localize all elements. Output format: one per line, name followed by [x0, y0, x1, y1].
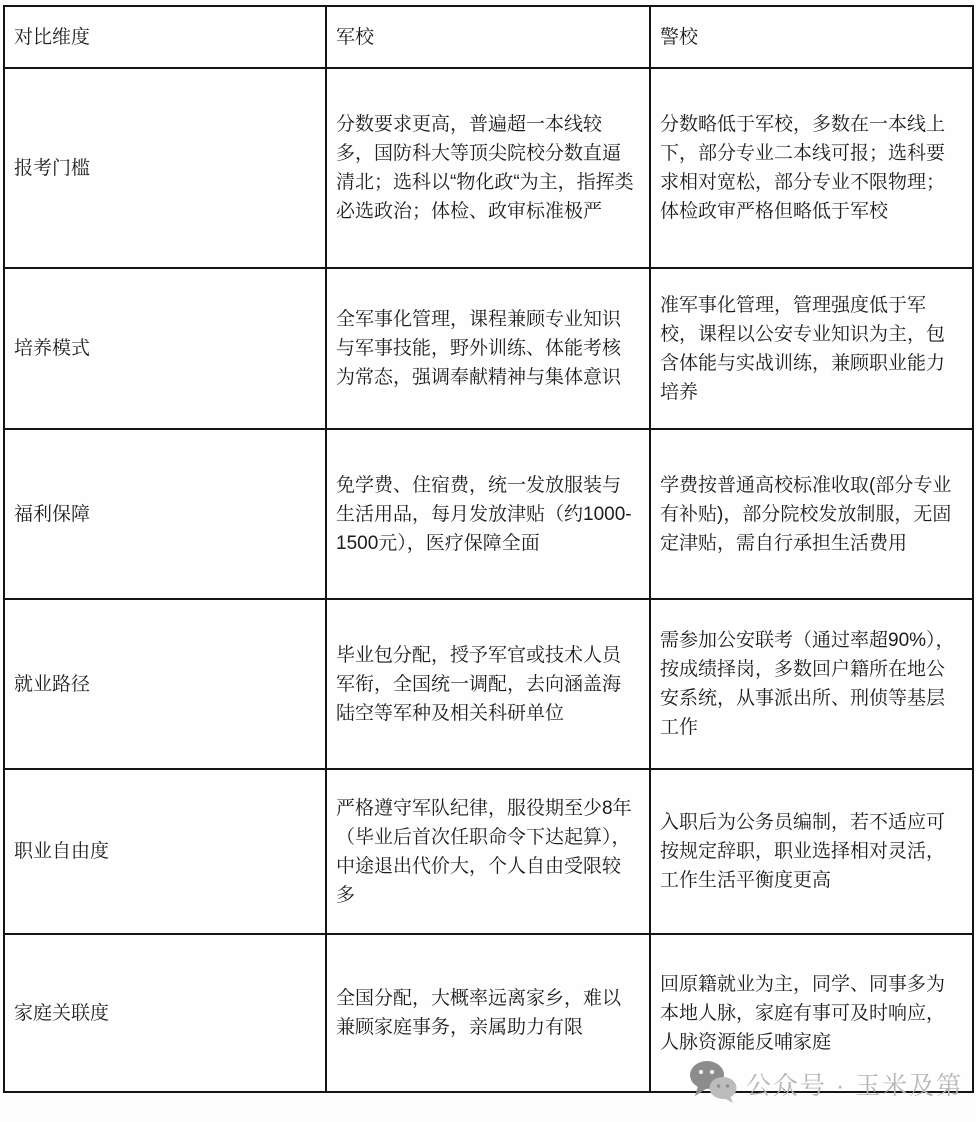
cell-jingxiao: 学费按普通高校标准收取(部分专业有补贴)，部分院校发放制服，无固定津贴，需自行承… [650, 429, 973, 599]
row-label: 家庭关联度 [4, 934, 326, 1092]
table-row: 福利保障 免学费、住宿费，统一发放服装与生活用品，每月发放津贴（约1000-15… [4, 429, 973, 599]
table-row: 职业自由度 严格遵守军队纪律，服役期至少8年（毕业后首次任职命令下达起算），中途… [4, 769, 973, 934]
header-dimension: 对比维度 [4, 6, 326, 68]
table-row: 报考门槛 分数要求更高，普遍超一本线较多，国防科大等顶尖院校分数直逼清北；选科以… [4, 68, 973, 268]
cell-junxiao: 分数要求更高，普遍超一本线较多，国防科大等顶尖院校分数直逼清北；选科以“物化政“… [326, 68, 650, 268]
cell-jingxiao: 需参加公安联考（通过率超90%），按成绩择岗，多数回户籍所在地公安系统，从事派出… [650, 599, 973, 769]
table-row: 家庭关联度 全国分配，大概率远离家乡，难以兼顾家庭事务，亲属助力有限 回原籍就业… [4, 934, 973, 1092]
cell-jingxiao: 回原籍就业为主，同学、同事多为本地人脉，家庭有事可及时响应，人脉资源能反哺家庭 [650, 934, 973, 1092]
comparison-table: 对比维度 军校 警校 报考门槛 分数要求更高，普遍超一本线较多，国防科大等顶尖院… [3, 5, 974, 1093]
cell-jingxiao: 入职后为公务员编制，若不适应可按规定辞职，职业选择相对灵活，工作生活平衡度更高 [650, 769, 973, 934]
row-label: 培养模式 [4, 268, 326, 429]
cell-jingxiao: 分数略低于军校，多数在一本线上下，部分专业二本线可报；选科要求相对宽松，部分专业… [650, 68, 973, 268]
page: 对比维度 军校 警校 报考门槛 分数要求更高，普遍超一本线较多，国防科大等顶尖院… [0, 0, 976, 1122]
row-label: 职业自由度 [4, 769, 326, 934]
header-junxiao: 军校 [326, 6, 650, 68]
cell-jingxiao: 准军事化管理，管理强度低于军校，课程以公安专业知识为主，包含体能与实战训练，兼顾… [650, 268, 973, 429]
row-label: 福利保障 [4, 429, 326, 599]
cell-junxiao: 全军事化管理，课程兼顾专业知识与军事技能，野外训练、体能考核为常态，强调奉献精神… [326, 268, 650, 429]
cell-junxiao: 严格遵守军队纪律，服役期至少8年（毕业后首次任职命令下达起算），中途退出代价大，… [326, 769, 650, 934]
table-row: 培养模式 全军事化管理，课程兼顾专业知识与军事技能，野外训练、体能考核为常态，强… [4, 268, 973, 429]
cell-junxiao: 全国分配，大概率远离家乡，难以兼顾家庭事务，亲属助力有限 [326, 934, 650, 1092]
table-row: 就业路径 毕业包分配，授予军官或技术人员军衔，全国统一调配，去向涵盖海陆空等军种… [4, 599, 973, 769]
row-label: 就业路径 [4, 599, 326, 769]
header-row: 对比维度 军校 警校 [4, 6, 973, 68]
row-label: 报考门槛 [4, 68, 326, 268]
header-jingxiao: 警校 [650, 6, 973, 68]
cell-junxiao: 免学费、住宿费，统一发放服装与生活用品，每月发放津贴（约1000-1500元），… [326, 429, 650, 599]
cell-junxiao: 毕业包分配，授予军官或技术人员军衔，全国统一调配，去向涵盖海陆空等军种及相关科研… [326, 599, 650, 769]
